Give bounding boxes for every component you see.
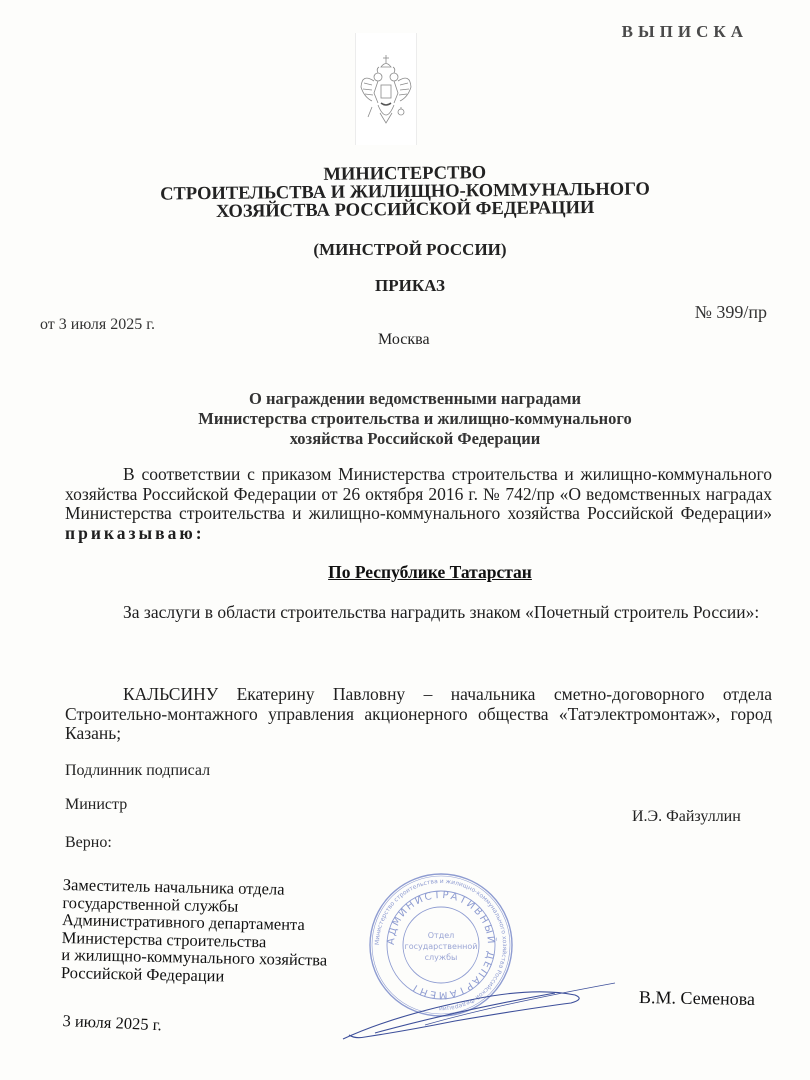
seal-center-line: государственной <box>405 942 478 951</box>
award-clause-paragraph: За заслуги в области строительства награ… <box>65 603 772 623</box>
order-number: № 399/пр <box>695 302 767 323</box>
signature-date: 3 июля 2025 г. <box>62 1011 162 1035</box>
minister-name: И.Э. Файзуллин <box>632 808 741 826</box>
document-type: ПРИКАЗ <box>0 276 810 296</box>
deputy-title-block: Заместитель начальника отдела государств… <box>61 876 329 987</box>
ministry-short-name: (МИНСТРОЙ РОССИИ) <box>0 240 810 260</box>
order-subject: О награждении ведомственными наградами М… <box>0 389 810 449</box>
copy-mark: ВЫПИСКА <box>622 22 748 42</box>
preamble-text: В соответствии с приказом Министерства с… <box>65 464 772 523</box>
verified-label: Верно: <box>65 834 112 852</box>
subject-line-2: Министерства строительства и жилищно-ком… <box>0 409 810 429</box>
awardee-name: КАЛЬСИНУ Екатерину Павловну <box>123 684 405 704</box>
russian-coat-of-arms-icon <box>355 33 417 145</box>
seal-center-line: Отдел <box>428 931 455 940</box>
award-clause: За заслуги в области строительства награ… <box>123 602 759 622</box>
original-signed-label: Подлинник подписал <box>65 762 210 780</box>
subject-line-3: хозяйства Российской Федерации <box>0 429 810 449</box>
deputy-name: В.М. Семенова <box>639 987 755 1010</box>
subject-line-1: О награждении ведомственными наградами <box>0 389 810 409</box>
preamble-paragraph: В соответствии с приказом Министерства с… <box>65 465 772 543</box>
order-date: от 3 июля 2025 г. <box>40 316 155 334</box>
seal-center-line: службы <box>425 953 458 962</box>
directive-word: приказываю: <box>65 523 205 543</box>
region-heading: По Республике Татарстан <box>0 562 810 583</box>
ministry-header: МИНИСТЕРСТВО СТРОИТЕЛЬСТВА И ЖИЛИЩНО-КОМ… <box>0 161 810 223</box>
awardee-paragraph: КАЛЬСИНУ Екатерину Павловну – начальника… <box>65 685 772 744</box>
city: Москва <box>378 331 430 349</box>
handwritten-signature-icon <box>335 975 645 1045</box>
minister-title: Министр <box>65 796 127 814</box>
